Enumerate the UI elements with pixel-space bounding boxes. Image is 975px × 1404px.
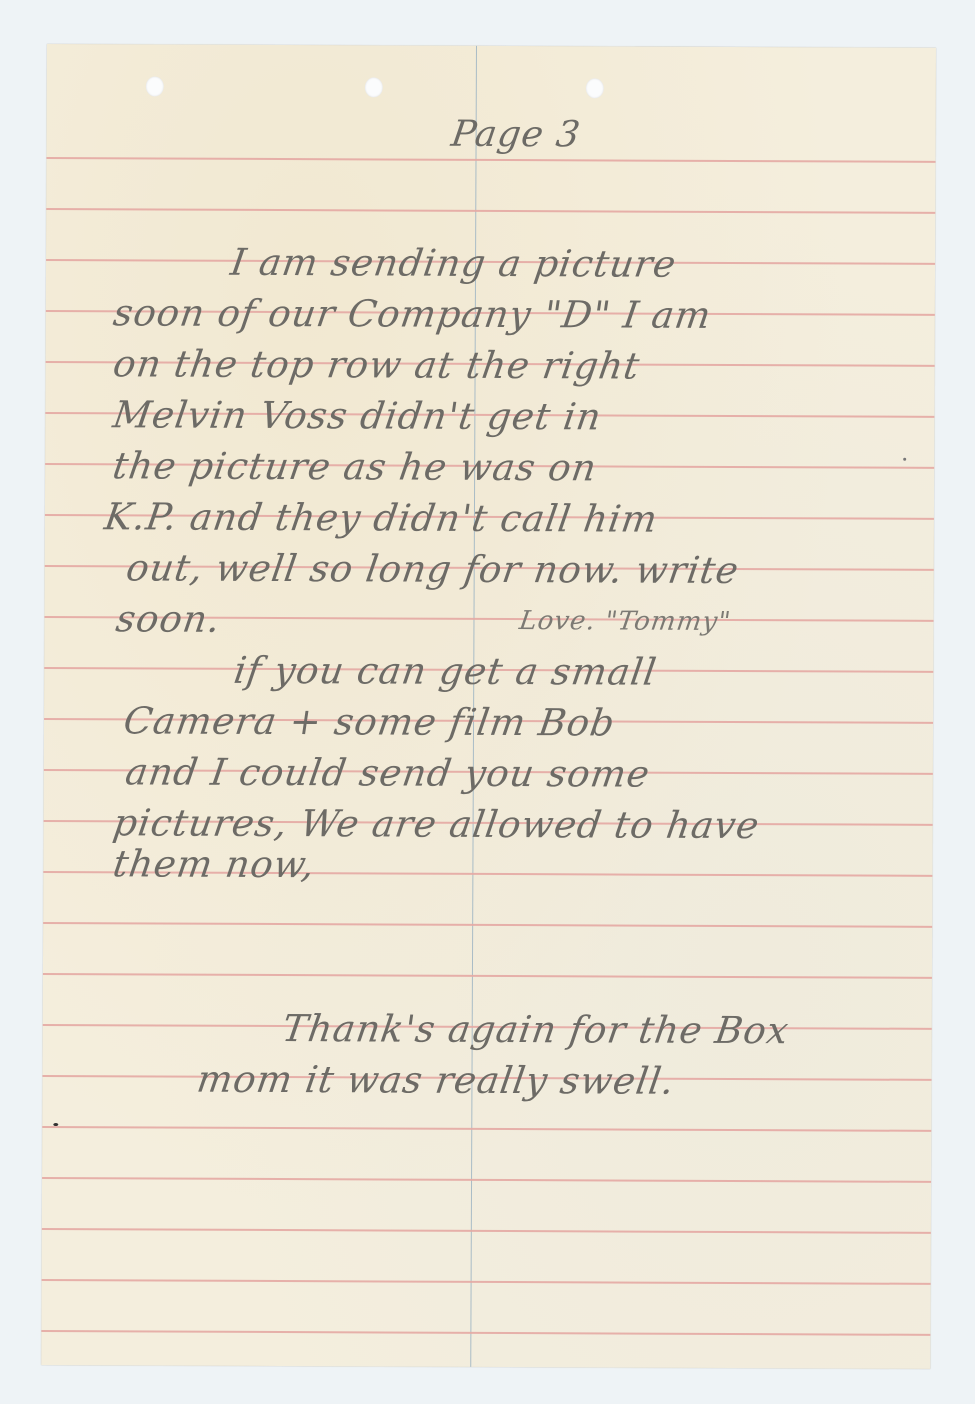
rule-line bbox=[42, 1279, 931, 1284]
letter-line: the picture as he was on bbox=[110, 444, 600, 489]
rule-line bbox=[46, 208, 935, 213]
letter-line: pictures, We are allowed to have bbox=[110, 801, 762, 847]
rule-line bbox=[47, 157, 936, 162]
rule-line bbox=[42, 1228, 931, 1233]
page-header: Page 3 bbox=[449, 114, 584, 156]
rule-line bbox=[43, 922, 932, 927]
punch-hole-center bbox=[365, 77, 383, 97]
rule-line bbox=[42, 1177, 931, 1182]
letter-line: K.P. and they didn't call him bbox=[102, 495, 661, 540]
signature: Love. "Tommy" bbox=[517, 606, 733, 637]
stray-pencil-dot bbox=[53, 1123, 58, 1126]
rule-line bbox=[42, 1126, 931, 1131]
letter-line: soon of our Company "D" I am bbox=[111, 291, 715, 337]
letter-line: them now, bbox=[110, 842, 318, 886]
letter-line: if you can get a small bbox=[231, 649, 659, 694]
letter-line: on the top row at the right bbox=[110, 342, 642, 387]
letter-line: Melvin Voss didn't get in bbox=[110, 393, 604, 438]
letter-line: soon. bbox=[113, 597, 223, 640]
punch-hole-right bbox=[586, 78, 604, 98]
letter-line: mom it was really swell. bbox=[194, 1058, 677, 1103]
rule-line bbox=[43, 973, 932, 978]
punch-hole-left bbox=[146, 76, 164, 96]
page-header-text: Page 3 bbox=[449, 114, 584, 156]
rule-line bbox=[41, 1330, 930, 1335]
letter-line: I am sending a picture bbox=[228, 241, 679, 286]
letter-line: Camera + some film Bob bbox=[121, 699, 618, 744]
letter-line: and I could send you some bbox=[123, 750, 653, 795]
letter-line: Thank's again for the Box bbox=[280, 1007, 792, 1052]
notebook-paper: Page 3 I am sending a picture soon of ou… bbox=[41, 44, 936, 1369]
stray-pencil-dot bbox=[903, 458, 906, 461]
letter-line: out, well so long for now. write bbox=[124, 546, 742, 592]
